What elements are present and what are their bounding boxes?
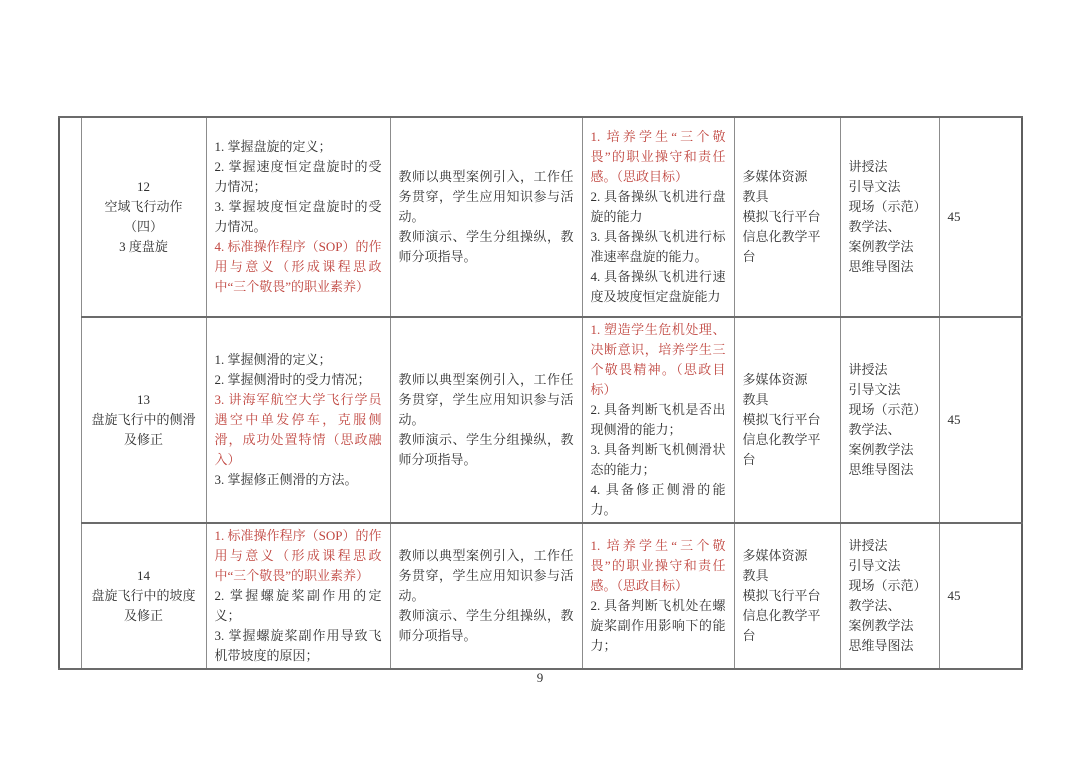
objective-item: 3. 掌握螺旋桨副作用导致飞机带坡度的原因； xyxy=(215,626,382,666)
method-item: 讲授法 xyxy=(849,536,931,556)
ability-item-ideological: 1. 塑造学生危机处理、决断意识，培养学生三个敬畏精神。（思政目标） xyxy=(591,320,726,400)
objective-item-ideological: 3. 讲海军航空大学飞行学员遇空中单发停车，克服侧滑，成功处置特情（思政融入） xyxy=(215,390,382,470)
method-item: 思维导图法 xyxy=(849,636,931,656)
approach-paragraph: 教师演示、学生分组操纵，教师分项指导。 xyxy=(399,227,574,267)
resources-cell: 多媒体资源 教具 模拟飞行平台 信息化教学平台 xyxy=(734,523,840,669)
resources-cell: 多媒体资源 教具 模拟飞行平台 信息化教学平台 xyxy=(734,117,840,317)
resource-item: 信息化教学平台 xyxy=(743,227,832,267)
syllabus-table: 12 空域飞行动作 （四） 3 度盘旋 1. 掌握盘旋的定义； 2. 掌握速度恒… xyxy=(58,116,1023,670)
methods-cell: 讲授法 引导文法 现场（示范）教学法、 案例教学法 思维导图法 xyxy=(840,317,939,523)
resource-item: 信息化教学平台 xyxy=(743,430,832,470)
lesson-number: 13 xyxy=(90,390,198,410)
objective-item: 3. 掌握修正侧滑的方法。 xyxy=(215,470,382,490)
abilities-cell: 1. 培养学生“三个敬畏”的职业操守和责任感。（思政目标） 2. 具备判断飞机处… xyxy=(582,523,734,669)
lesson-number: 12 xyxy=(90,177,198,197)
table-row: 14 盘旋飞行中的坡度 及修正 1. 标准操作程序（SOP）的作用与意义（形成课… xyxy=(59,523,1022,669)
methods-cell: 讲授法 引导文法 现场（示范）教学法、 案例教学法 思维导图法 xyxy=(840,523,939,669)
hours-cell: 45 xyxy=(939,317,1022,523)
method-item: 现场（示范）教学法、 xyxy=(849,197,931,237)
methods-cell: 讲授法 引导文法 现场（示范）教学法、 案例教学法 思维导图法 xyxy=(840,117,939,317)
approach-paragraph: 教师演示、学生分组操纵，教师分项指导。 xyxy=(399,606,574,646)
ability-item: 4. 具备操纵飞机进行速度及坡度恒定盘旋能力 xyxy=(591,267,726,307)
resource-item: 教具 xyxy=(743,390,832,410)
method-item: 讲授法 xyxy=(849,157,931,177)
lesson-title-line: 盘旋飞行中的侧滑 xyxy=(90,410,198,430)
method-item: 思维导图法 xyxy=(849,257,931,277)
hours-value: 45 xyxy=(948,588,961,603)
approach-paragraph: 教师演示、学生分组操纵，教师分项指导。 xyxy=(399,430,574,470)
lesson-title-line: 盘旋飞行中的坡度 xyxy=(90,586,198,606)
abilities-cell: 1. 培养学生“三个敬畏”的职业操守和责任感。（思政目标） 2. 具备操纵飞机进… xyxy=(582,117,734,317)
method-item: 讲授法 xyxy=(849,360,931,380)
lesson-title-line: 及修正 xyxy=(90,606,198,626)
resources-cell: 多媒体资源 教具 模拟飞行平台 信息化教学平台 xyxy=(734,317,840,523)
method-item: 现场（示范）教学法、 xyxy=(849,576,931,616)
resource-item: 教具 xyxy=(743,566,832,586)
ability-item: 2. 具备判断飞机是否出现侧滑的能力； xyxy=(591,400,726,440)
approach-paragraph: 教师以典型案例引入，工作任务贯穿，学生应用知识参与活动。 xyxy=(399,370,574,430)
hours-cell: 45 xyxy=(939,523,1022,669)
method-item: 引导文法 xyxy=(849,177,931,197)
objectives-cell: 1. 掌握侧滑的定义； 2. 掌握侧滑时的受力情况； 3. 讲海军航空大学飞行学… xyxy=(206,317,390,523)
approach-paragraph: 教师以典型案例引入，工作任务贯穿，学生应用知识参与活动。 xyxy=(399,167,574,227)
lesson-cell: 12 空域飞行动作 （四） 3 度盘旋 xyxy=(81,117,206,317)
objective-item: 2. 掌握螺旋桨副作用的定义； xyxy=(215,586,382,626)
lesson-title-line: 3 度盘旋 xyxy=(90,237,198,257)
hours-value: 45 xyxy=(948,209,961,224)
document-page: 12 空域飞行动作 （四） 3 度盘旋 1. 掌握盘旋的定义； 2. 掌握速度恒… xyxy=(0,0,1080,764)
objectives-cell: 1. 掌握盘旋的定义； 2. 掌握速度恒定盘旋时的受力情况； 3. 掌握坡度恒定… xyxy=(206,117,390,317)
ability-item: 2. 具备判断飞机处在螺旋桨副作用影响下的能力； xyxy=(591,596,726,656)
teaching-approach-cell: 教师以典型案例引入，工作任务贯穿，学生应用知识参与活动。 教师演示、学生分组操纵… xyxy=(390,317,582,523)
approach-paragraph: 教师以典型案例引入，工作任务贯穿，学生应用知识参与活动。 xyxy=(399,546,574,606)
objective-item: 1. 掌握盘旋的定义； xyxy=(215,137,382,157)
resource-item: 模拟飞行平台 xyxy=(743,207,832,227)
resource-item: 教具 xyxy=(743,187,832,207)
resource-item: 模拟飞行平台 xyxy=(743,410,832,430)
lesson-number: 14 xyxy=(90,566,198,586)
gutter-cell xyxy=(59,117,81,669)
lesson-cell: 14 盘旋飞行中的坡度 及修正 xyxy=(81,523,206,669)
teaching-approach-cell: 教师以典型案例引入，工作任务贯穿，学生应用知识参与活动。 教师演示、学生分组操纵… xyxy=(390,523,582,669)
lesson-title-line: 空域飞行动作 xyxy=(90,197,198,217)
table-row: 13 盘旋飞行中的侧滑 及修正 1. 掌握侧滑的定义； 2. 掌握侧滑时的受力情… xyxy=(59,317,1022,523)
method-item: 引导文法 xyxy=(849,556,931,576)
method-item: 引导文法 xyxy=(849,380,931,400)
ability-item: 3. 具备判断飞机侧滑状态的能力； xyxy=(591,440,726,480)
hours-value: 45 xyxy=(948,412,961,427)
method-item: 案例教学法 xyxy=(849,237,931,257)
method-item: 案例教学法 xyxy=(849,440,931,460)
objective-item: 3. 掌握坡度恒定盘旋时的受力情况。 xyxy=(215,197,382,237)
objectives-cell: 1. 标准操作程序（SOP）的作用与意义（形成课程思政中“三个敬畏”的职业素养）… xyxy=(206,523,390,669)
method-item: 思维导图法 xyxy=(849,460,931,480)
ability-item: 2. 具备操纵飞机进行盘旋的能力 xyxy=(591,187,726,227)
resource-item: 多媒体资源 xyxy=(743,370,832,390)
lesson-title-line: 及修正 xyxy=(90,430,198,450)
hours-cell: 45 xyxy=(939,117,1022,317)
objective-item: 2. 掌握侧滑时的受力情况； xyxy=(215,370,382,390)
ability-item-ideological: 1. 培养学生“三个敬畏”的职业操守和责任感。（思政目标） xyxy=(591,127,726,187)
method-item: 现场（示范）教学法、 xyxy=(849,400,931,440)
page-number: 9 xyxy=(0,670,1080,686)
method-item: 案例教学法 xyxy=(849,616,931,636)
resource-item: 多媒体资源 xyxy=(743,167,832,187)
objective-item: 1. 掌握侧滑的定义； xyxy=(215,350,382,370)
objective-item: 2. 掌握速度恒定盘旋时的受力情况； xyxy=(215,157,382,197)
ability-item: 3. 具备操纵飞机进行标准速率盘旋的能力。 xyxy=(591,227,726,267)
lesson-title-line: （四） xyxy=(90,217,198,237)
ability-item-ideological: 1. 培养学生“三个敬畏”的职业操守和责任感。（思政目标） xyxy=(591,536,726,596)
objective-item-ideological: 1. 标准操作程序（SOP）的作用与意义（形成课程思政中“三个敬畏”的职业素养） xyxy=(215,526,382,586)
ability-item: 4. 具备修正侧滑的能力。 xyxy=(591,480,726,520)
resource-item: 模拟飞行平台 xyxy=(743,586,832,606)
teaching-approach-cell: 教师以典型案例引入，工作任务贯穿，学生应用知识参与活动。 教师演示、学生分组操纵… xyxy=(390,117,582,317)
objective-item-ideological: 4. 标准操作程序（SOP）的作用与意义（形成课程思政中“三个敬畏”的职业素养） xyxy=(215,237,382,297)
table-row: 12 空域飞行动作 （四） 3 度盘旋 1. 掌握盘旋的定义； 2. 掌握速度恒… xyxy=(59,117,1022,317)
resource-item: 多媒体资源 xyxy=(743,546,832,566)
lesson-cell: 13 盘旋飞行中的侧滑 及修正 xyxy=(81,317,206,523)
abilities-cell: 1. 塑造学生危机处理、决断意识，培养学生三个敬畏精神。（思政目标） 2. 具备… xyxy=(582,317,734,523)
resource-item: 信息化教学平台 xyxy=(743,606,832,646)
